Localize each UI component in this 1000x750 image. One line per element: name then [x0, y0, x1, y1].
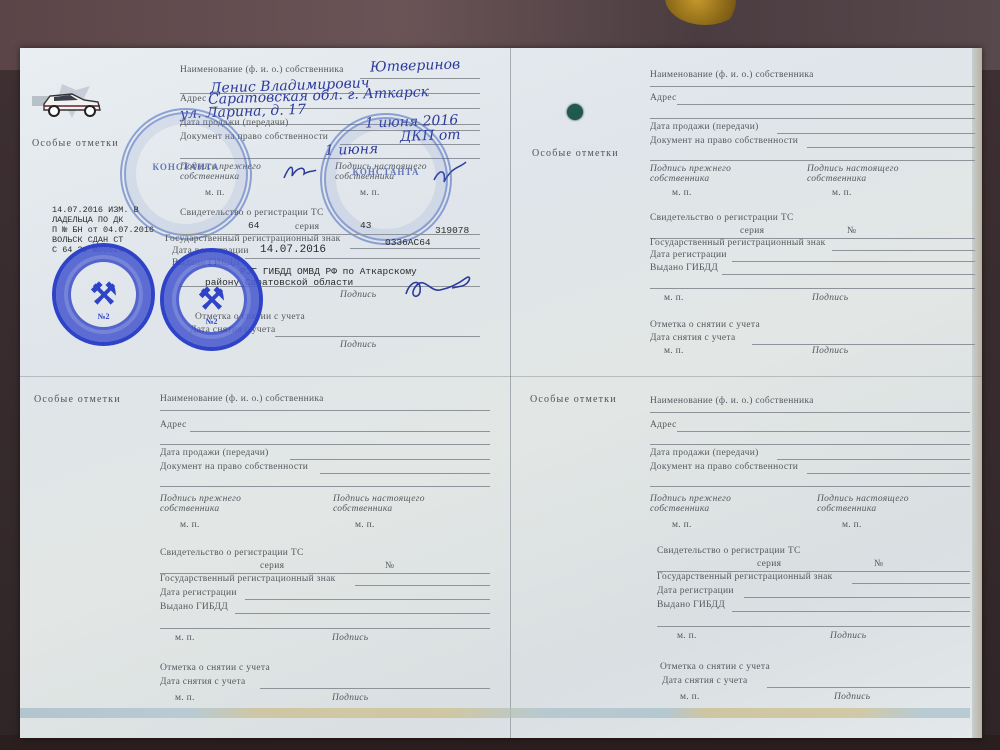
ownership-doc-label: Документ на право собственности [160, 462, 308, 472]
mp-label: м. п. [175, 633, 195, 643]
prev-owner-sig-label: Подпись прежнегособственника [160, 494, 241, 514]
mp-label: м. п. [355, 520, 375, 530]
prev-owner-sig-label: Подпись прежнегособственника [650, 164, 731, 184]
number-label: № [385, 561, 394, 571]
series-label: серия [757, 559, 781, 569]
hammer-wrench-icon: ⚒ [56, 277, 151, 312]
plate-value: 0336АС64 [385, 237, 431, 248]
mp-label: м. п. [672, 188, 692, 198]
car-logo-icon [32, 82, 108, 120]
plate-label: Государственный регистрационный знак [657, 572, 833, 582]
vehicle-passport-page: Особые отметки Наименование (ф. и. о.) с… [20, 48, 982, 738]
issued-by-label: Выдано ГИБДД [657, 600, 725, 610]
reg-cert-label: Свидетельство о регистрации ТС [160, 548, 304, 558]
owner-name-label: Наименование (ф. и. о.) собственника [650, 396, 814, 406]
curr-owner-sig-label: Подпись настоящегособственника [807, 164, 899, 184]
dereg-label: Отметка о снятии с учета [660, 662, 770, 672]
round-seal-2: ⚒№2 [160, 248, 263, 351]
mp-label: м. п. [842, 520, 862, 530]
special-marks-label: Особые отметки [532, 148, 619, 159]
prev-owner-sig-label: Подпись прежнегособственника [650, 494, 731, 514]
horizontal-fold [20, 376, 982, 377]
mp-label: м. п. [664, 293, 684, 303]
mp-label: м. п. [664, 346, 684, 356]
owner-section-1: Особые отметки Наименование (ф. и. о.) с… [20, 48, 490, 368]
reg-date-label: Дата регистрации [650, 250, 727, 260]
hologram-dot-icon [567, 104, 583, 120]
reg-cert-series-a: 64 [248, 220, 259, 231]
series-label: серия [260, 561, 284, 571]
hammer-wrench-icon: ⚒ [164, 282, 259, 317]
owner-section-2: Особые отметки Наименование (ф. и. о.) с… [512, 48, 982, 368]
owner-name-label: Наименование (ф. и. о.) собственника [160, 394, 324, 404]
mp-label: м. п. [832, 188, 852, 198]
prev-owner-signature [280, 160, 320, 182]
signature-label: Подпись [332, 693, 368, 703]
mp-label: м. п. [672, 520, 692, 530]
owner-section-4: Особые отметки Наименование (ф. и. о.) с… [512, 378, 982, 698]
special-marks-label: Особые отметки [32, 138, 119, 149]
dereg-label: Отметка о снятии с учета [160, 663, 270, 673]
company-stamp-faint-2: КОНСТАНТА [320, 113, 452, 245]
owner-name-label: Наименование (ф. и. о.) собственника [180, 65, 344, 75]
curr-owner-sig-label: Подпись настоящегособственника [817, 494, 909, 514]
vertical-fold [510, 48, 511, 738]
address-label: Адрес [650, 93, 677, 103]
series-label: серия [295, 222, 319, 232]
signature-label: Подпись [332, 633, 368, 643]
issued-by-label: Выдано ГИБДД [160, 602, 228, 612]
number-label: № [874, 559, 883, 569]
security-strip [20, 708, 970, 718]
sale-date-label: Дата продажи (передачи) [650, 448, 759, 458]
plate-label: Государственный регистрационный знак [650, 238, 826, 248]
signature-label: Подпись [340, 290, 376, 300]
signature-label: Подпись [830, 631, 866, 641]
reg-cert-label: Свидетельство о регистрации ТС [650, 213, 794, 223]
number-label: № [847, 226, 856, 236]
owner-section-3: Особые отметки Наименование (ф. и. о.) с… [20, 378, 490, 698]
address-label: Адрес [180, 94, 207, 104]
plate-label: Государственный регистрационный знак [160, 574, 336, 584]
special-marks-label: Особые отметки [530, 394, 617, 405]
issued-by-line1: РЭГ ГИБДД ОМВД РФ по Аткарскому [240, 266, 417, 277]
reg-date-label: Дата регистрации [657, 586, 734, 596]
signature-label: Подпись [340, 340, 376, 350]
signature-label: Подпись [834, 692, 870, 702]
issued-by-label: Выдано ГИБДД [650, 263, 718, 273]
signature-label: Подпись [812, 346, 848, 356]
dereg-date-label: Дата снятия с учета [650, 333, 735, 343]
dereg-date-label: Дата снятия с учета [662, 676, 747, 686]
address-label: Адрес [650, 420, 677, 430]
sale-date-label: Дата продажи (передачи) [160, 448, 269, 458]
special-marks-label: Особые отметки [34, 394, 121, 405]
mp-label: м. п. [680, 692, 700, 702]
sale-date-label: Дата продажи (передачи) [650, 122, 759, 132]
owner-surname-handwritten: Ютверинов [370, 56, 461, 75]
reg-cert-label: Свидетельство о регистрации ТС [180, 208, 324, 218]
official-signature [400, 270, 480, 302]
mp-label: м. п. [677, 631, 697, 641]
reg-date-label: Дата регистрации [160, 588, 237, 598]
ownership-doc-label: Документ на право собственности [650, 136, 798, 146]
reg-cert-series-b: 43 [360, 220, 371, 231]
dereg-date-label: Дата снятия с учета [160, 677, 245, 687]
curr-owner-sig-label: Подпись настоящегособственника [333, 494, 425, 514]
signature-label: Подпись [812, 293, 848, 303]
round-seal-1: ⚒№2 [52, 243, 155, 346]
owner-name-label: Наименование (ф. и. о.) собственника [650, 70, 814, 80]
reg-cert-label: Свидетельство о регистрации ТС [657, 546, 801, 556]
series-label: серия [740, 226, 764, 236]
mp-label: м. п. [180, 520, 200, 530]
plate-label: Государственный регистрационный знак [165, 234, 341, 244]
mp-label: м. п. [175, 693, 195, 703]
address-label: Адрес [160, 420, 187, 430]
dereg-label: Отметка о снятии с учета [650, 320, 760, 330]
reg-date-value: 14.07.2016 [260, 244, 326, 256]
ownership-doc-label: Документ на право собственности [650, 462, 798, 472]
